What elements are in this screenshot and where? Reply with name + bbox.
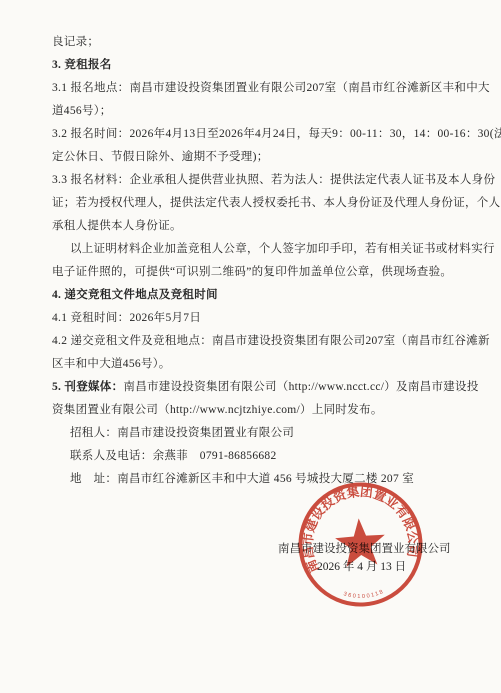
document-line: 3.1 报名地点：南昌市建设投资集团置业有限公司207室（南昌市红谷滩新区丰和中… <box>52 77 467 100</box>
document-line: 招租人：南昌市建设投资集团置业有限公司 <box>52 422 467 445</box>
document-line: 5. 刊登媒体：南昌市建设投资集团有限公司（http://www.ncct.cc… <box>52 376 467 399</box>
document-line: 区丰和中大道456号）。 <box>52 353 467 376</box>
document-line: 以上证明材料企业加盖竞租人公章，个人签字加印手印，若有相关证书或材料实行 <box>52 238 467 261</box>
document-line: 道456号）； <box>52 100 467 123</box>
document-line: 电子证件照的，可提供“可识别二维码”的复印件加盖单位公章，供现场查验。 <box>52 261 467 284</box>
document-line: 3. 竞租报名 <box>52 54 467 77</box>
document-line: 4. 递交竞租文件地点及竞租时间 <box>52 284 467 307</box>
document-line: 良记录； <box>52 31 467 54</box>
document-line: 3.2 报名时间：2026年4月13日至2026年4月24日，每天9：00-11… <box>52 123 467 146</box>
star-icon <box>334 517 387 568</box>
line-label: 5. 刊登媒体： <box>52 381 123 393</box>
document-page: 良记录；3. 竞租报名3.1 报名地点：南昌市建设投资集团置业有限公司207室（… <box>0 0 501 693</box>
official-seal: 南昌市建设投资集团置业有限公司 360100118 <box>293 477 429 613</box>
document-line: 承租人提供本人身份证。 <box>52 215 467 238</box>
document-line: 4.2 递交竞租文件及竞租地点：南昌市建设投资集团有限公司207室（南昌市红谷滩… <box>52 330 467 353</box>
document-line: 资集团置业有限公司（http://www.ncjtzhiye.com/）上同时发… <box>52 399 467 422</box>
document-line: 联系人及电话：余燕菲 0791-86856682 <box>52 445 467 468</box>
document-line: 4.1 竞租时间：2026年5月7日 <box>52 307 467 330</box>
document-line: 定公休日、节假日除外、逾期不予受理)； <box>52 146 467 169</box>
document-line: 证；若为授权代理人，提供法定代表人授权委托书、本人身份证及代理人身份证，个人 <box>52 192 467 215</box>
document-lines: 良记录；3. 竞租报名3.1 报名地点：南昌市建设投资集团置业有限公司207室（… <box>52 31 467 491</box>
document-line: 3.3 报名材料：企业承租人提供营业执照、若为法人：提供法定代表人证书及本人身份 <box>52 169 467 192</box>
